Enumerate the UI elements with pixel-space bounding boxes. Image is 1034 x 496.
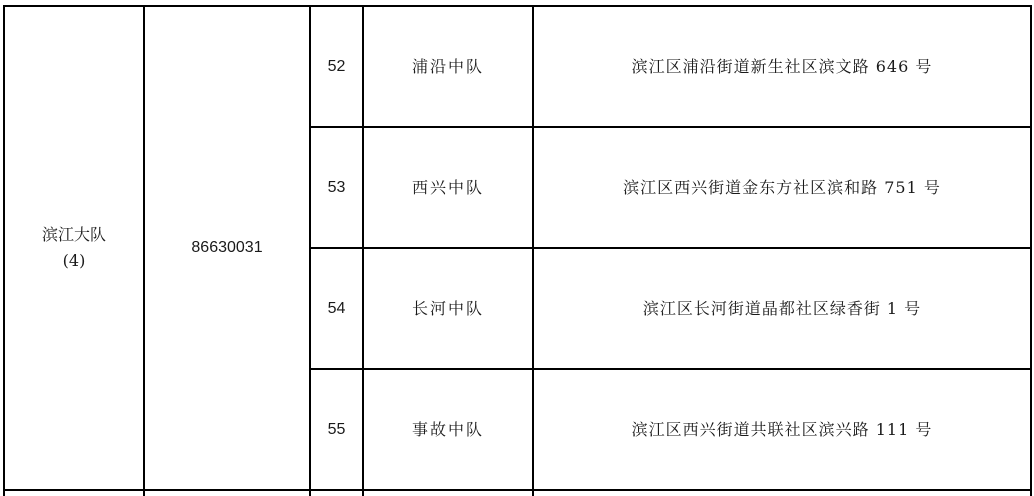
team-name: 浦沿中队 — [363, 6, 533, 127]
table-row-continuation — [4, 490, 1031, 496]
empty-cell — [533, 490, 1031, 496]
row-number: 55 — [310, 369, 363, 490]
team-name: 西兴中队 — [363, 127, 533, 248]
team-address: 滨江区西兴街道金东方社区滨和路 751 号 — [533, 127, 1031, 248]
row-number: 52 — [310, 6, 363, 127]
row-number: 53 — [310, 127, 363, 248]
brigade-phone: 86630031 — [144, 6, 310, 490]
row-number: 54 — [310, 248, 363, 369]
empty-cell — [363, 490, 533, 496]
brigade-count: (4) — [63, 251, 86, 270]
brigade-name: 滨江大队 — [42, 225, 106, 244]
brigade-cell: 滨江大队 (4) — [4, 6, 144, 490]
empty-cell — [4, 490, 144, 496]
team-address: 滨江区浦沿街道新生社区滨文路 646 号 — [533, 6, 1031, 127]
brigade-label: 滨江大队 (4) — [42, 222, 106, 274]
team-name: 事故中队 — [363, 369, 533, 490]
empty-cell — [310, 490, 363, 496]
team-address: 滨江区西兴街道共联社区滨兴路 111 号 — [533, 369, 1031, 490]
traffic-police-brigade-table: 滨江大队 (4) 86630031 52 浦沿中队 滨江区浦沿街道新生社区滨文路… — [3, 5, 1032, 496]
empty-cell — [144, 490, 310, 496]
table-row: 滨江大队 (4) 86630031 52 浦沿中队 滨江区浦沿街道新生社区滨文路… — [4, 6, 1031, 127]
team-address: 滨江区长河街道晶都社区绿香街 1 号 — [533, 248, 1031, 369]
team-name: 长河中队 — [363, 248, 533, 369]
